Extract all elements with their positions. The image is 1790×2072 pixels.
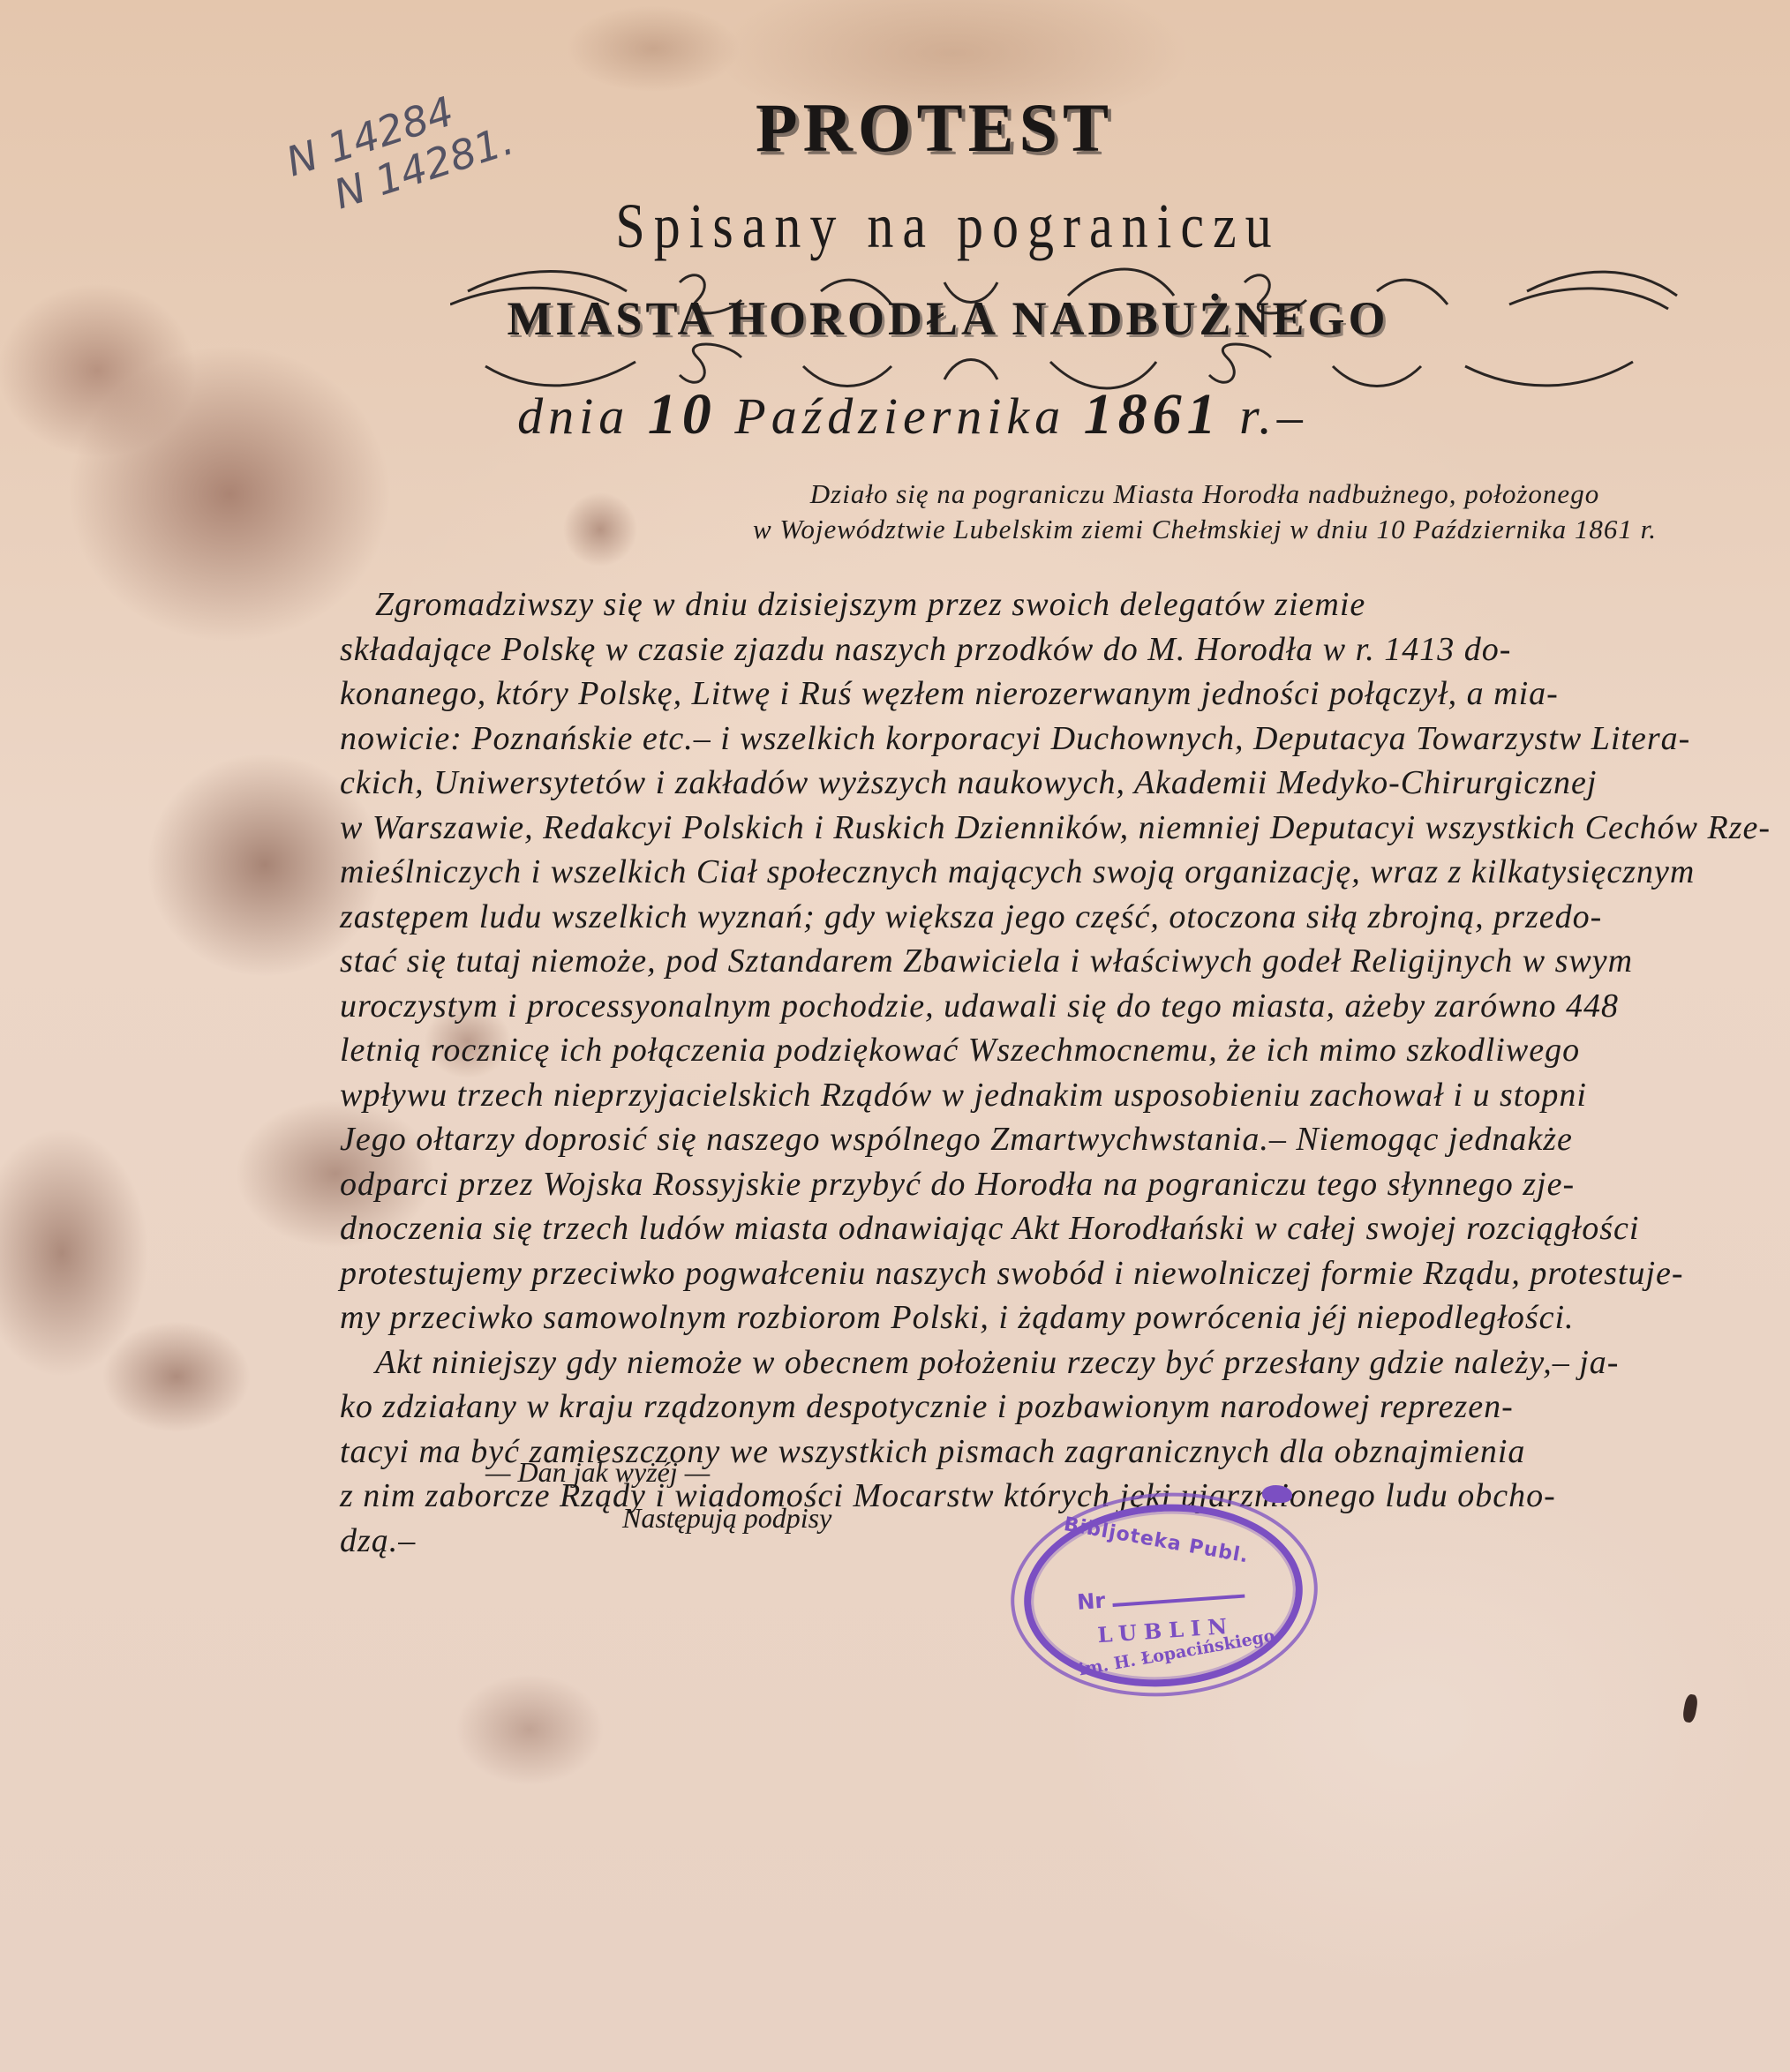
body-line: wpływu trzech nieprzyjacielskich Rządów … (340, 1073, 1681, 1118)
closing-dated-as-above: — Dan jak wyżéj — (485, 1456, 710, 1489)
body-line: Akt niniejszy gdy niemoże w obecnem poło… (340, 1340, 1681, 1385)
body-line: stać się tutaj niemoże, pod Sztandarem Z… (340, 939, 1681, 984)
preamble-line: w Województwie Lubelskim ziemi Chełmskie… (688, 512, 1721, 547)
stamp-number-line (1112, 1595, 1245, 1607)
body-line: nowicie: Poznańskie etc.– i wszelkich ko… (340, 717, 1681, 762)
document-subtitle: Spisany na pograniczu (0, 190, 1790, 263)
body-line: konanego, który Polskę, Litwę i Ruś węzł… (340, 672, 1681, 717)
closing-signatures-follow: Następują podpisy (622, 1502, 831, 1535)
body-line: dzą.– (340, 1519, 1681, 1564)
date-suffix: r.– (1239, 387, 1308, 445)
body-line: Zgromadziwszy się w dniu dzisiejszym prz… (340, 582, 1681, 627)
body-line: uroczystym i processyonalnym pochodzie, … (340, 984, 1681, 1029)
body-line: w Warszawie, Redakcyi Polskich i Ruskich… (340, 806, 1681, 851)
body-line: odparci przez Wojska Rossyjskie przybyć … (340, 1162, 1681, 1207)
document-title: PROTEST (0, 88, 1790, 168)
stamp-number-label: Nr (1076, 1588, 1106, 1615)
body-line: ckich, Uniwersytetów i zakładów wyższych… (340, 761, 1681, 806)
body-line: my przeciwko samowolnym rozbiorom Polski… (340, 1295, 1681, 1340)
date-prefix: dnia (517, 387, 629, 445)
body-line: zastępem ludu wszelkich wyznań; gdy więk… (340, 895, 1681, 940)
date-day: 10 (648, 382, 717, 447)
body-line: dnoczenia się trzech ludów miasta odnawi… (340, 1206, 1681, 1251)
date-month: Października (734, 387, 1065, 445)
body-line: Jego ołtarzy doprosić się naszego wspóln… (340, 1117, 1681, 1162)
body-line: letnią rocznicę ich połączenia podziękow… (340, 1028, 1681, 1073)
preamble: Działo się na pograniczu Miasta Horodła … (688, 477, 1721, 547)
body-line: protestujemy przeciwko pogwałceniu naszy… (340, 1251, 1681, 1296)
stamp-top-text: Bibljoteka Publ. (1062, 1513, 1266, 1571)
body-line: ko zdziałany w kraju rządzonym despotycz… (340, 1385, 1681, 1430)
document-date: dnia 10 Października 1861 r.– (0, 381, 1790, 448)
date-year: 1861 (1084, 382, 1222, 447)
protest-body: Zgromadziwszy się w dniu dzisiejszym prz… (340, 582, 1681, 1563)
place-heading: MIASTA HORODŁA NADBUŻNEGO (0, 291, 1790, 346)
body-line: mieślniczych i wszelkich Ciał społecznyc… (340, 850, 1681, 895)
body-line: składające Polskę w czasie zjazdu naszyc… (340, 627, 1681, 672)
ink-spot-icon (1262, 1485, 1292, 1503)
preamble-line: Działo się na pograniczu Miasta Horodła … (688, 477, 1721, 512)
